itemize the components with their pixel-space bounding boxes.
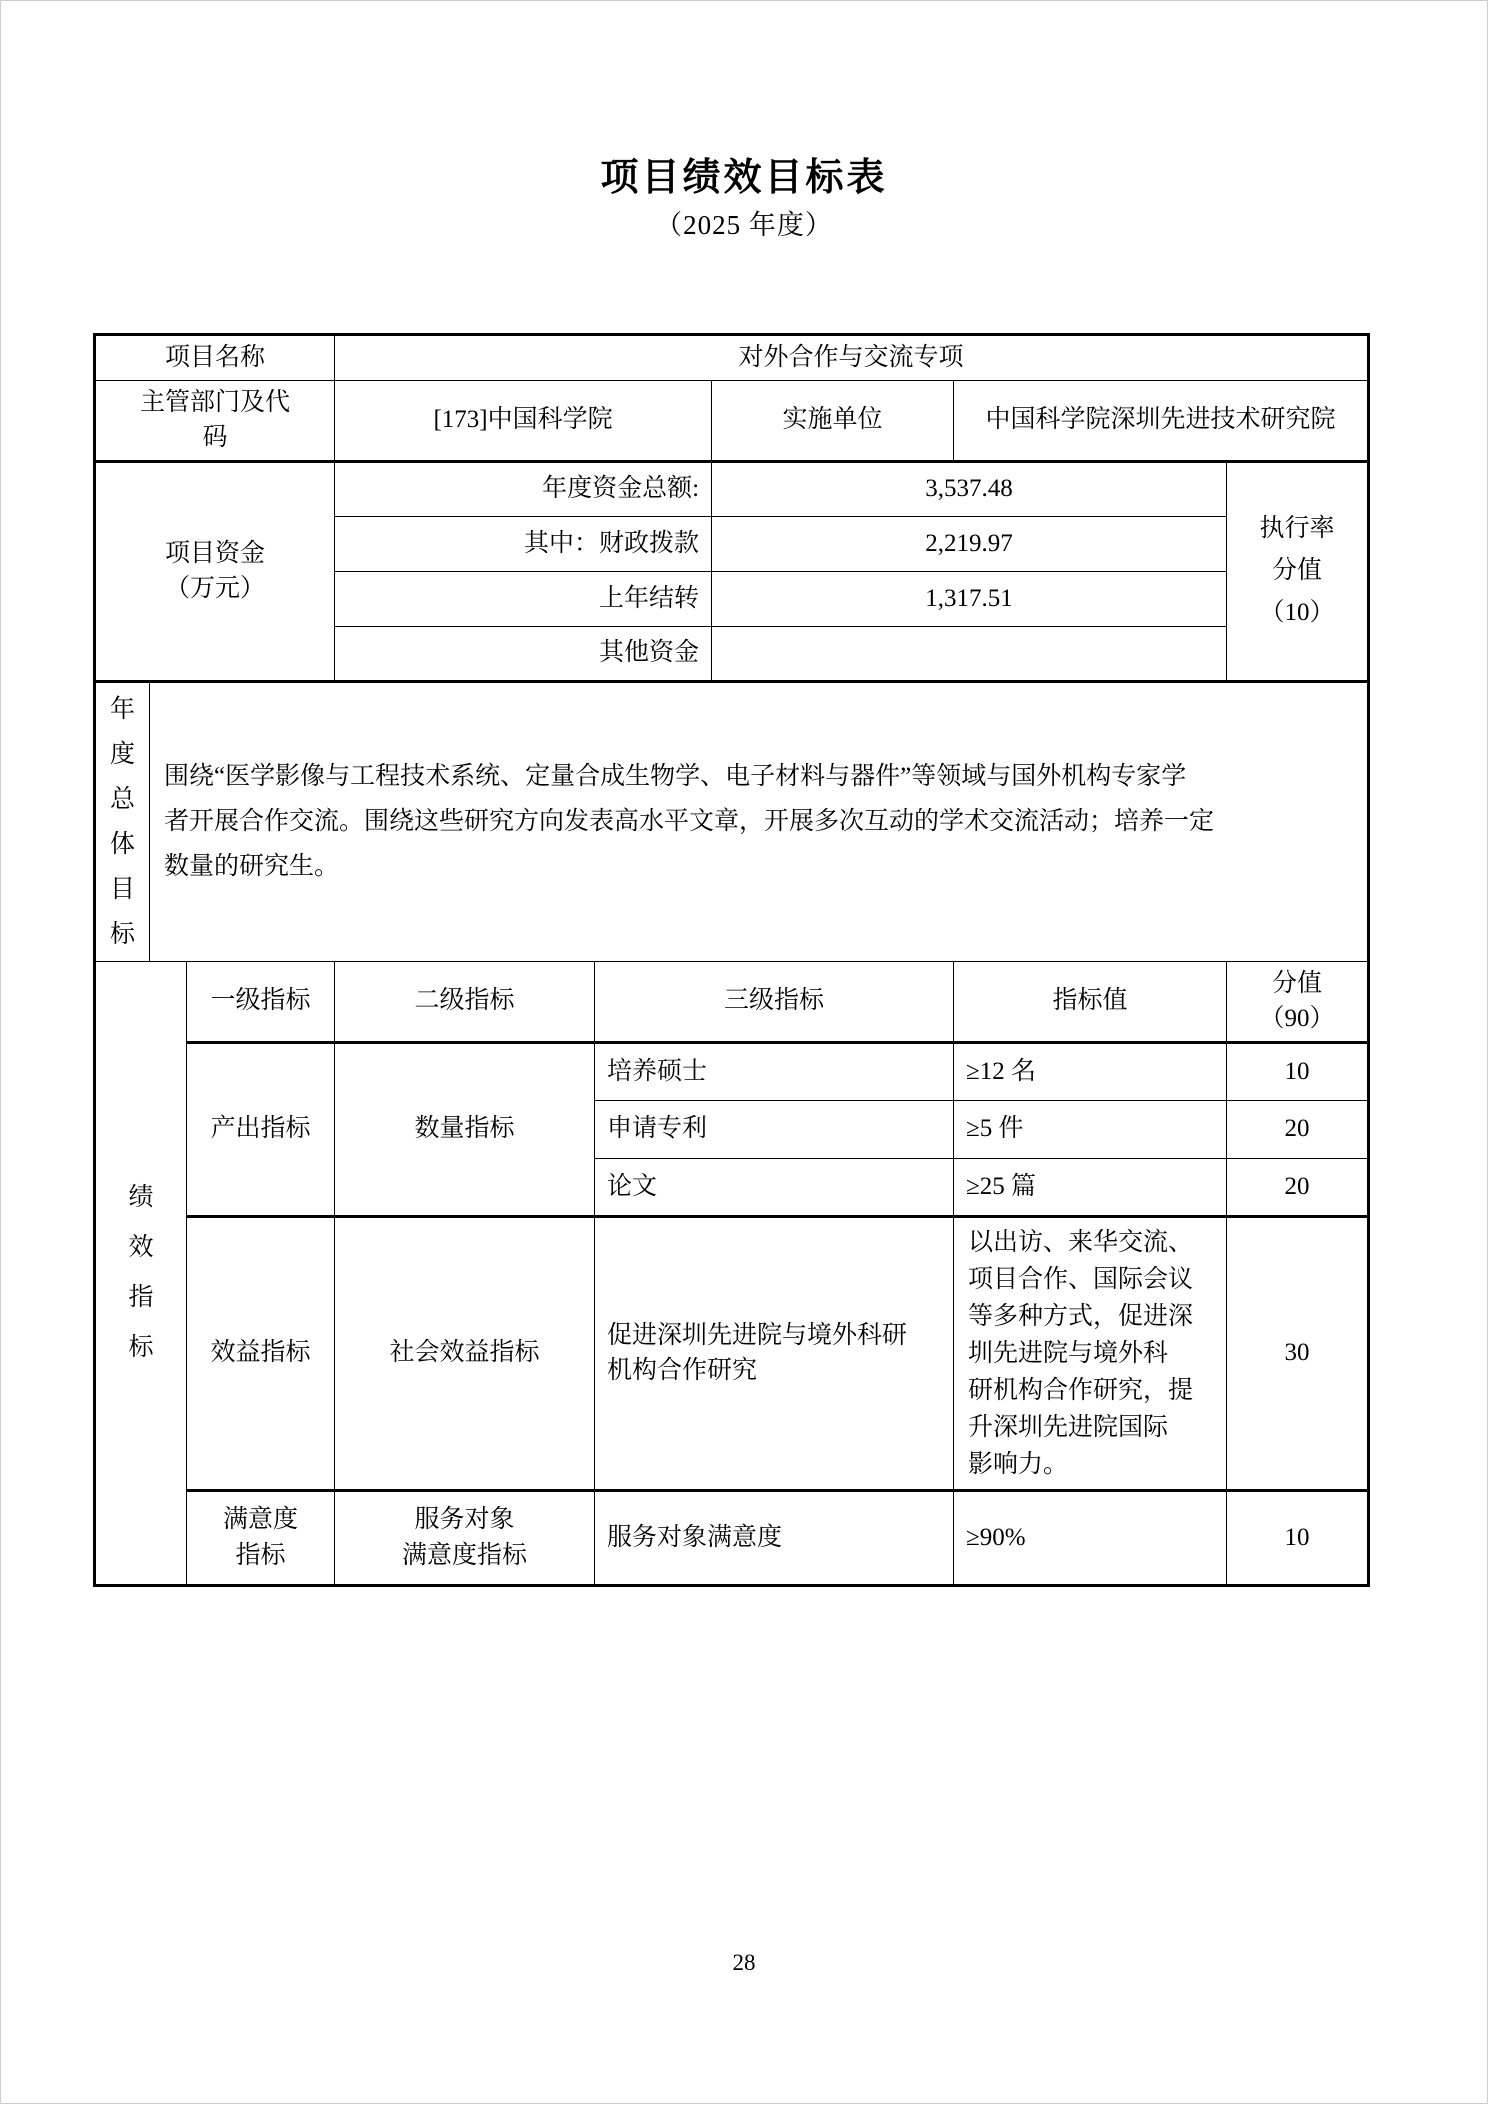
- department-label: 主管部门及代 码: [95, 380, 335, 461]
- indicator-value: ≥25 篇: [954, 1158, 1227, 1216]
- funding-total-value: 3,537.48: [712, 461, 1227, 516]
- impl-unit-label: 实施单位: [712, 380, 954, 461]
- page-number: 28: [0, 1950, 1488, 1976]
- group-satisfaction-label: 满意度 指标: [187, 1490, 335, 1585]
- indicator-name: 论文: [595, 1158, 954, 1216]
- funding-total-label: 年度资金总额:: [335, 461, 712, 516]
- project-name-label: 项目名称: [95, 335, 335, 381]
- group-social-label: 社会效益指标: [335, 1216, 595, 1490]
- group-quantity-label: 数量指标: [335, 1042, 595, 1216]
- funding-label: 项目资金 （万元）: [95, 461, 335, 681]
- document-page: 项目绩效目标表 （2025 年度） 项目名称 对外合作与交流专项 主管部门及代 …: [0, 0, 1488, 2104]
- funding-other-value: [712, 626, 1227, 681]
- department-value: [173]中国科学院: [335, 380, 712, 461]
- funding-other-label: 其他资金: [335, 626, 712, 681]
- funding-fiscal-value: 2,219.97: [712, 516, 1227, 571]
- indicator-value: ≥12 名: [954, 1042, 1227, 1100]
- indicator-name: 服务对象满意度: [595, 1490, 954, 1585]
- impl-unit-value: 中国科学院深圳先进技术研究院: [954, 380, 1369, 461]
- table-row: 产出指标 数量指标 培养硕士 ≥12 名 10: [95, 1042, 1369, 1100]
- indicator-score: 20: [1227, 1158, 1369, 1216]
- header-level2: 二级指标: [335, 961, 595, 1042]
- header-score: 分值 （90）: [1227, 961, 1369, 1042]
- performance-target-table: 项目名称 对外合作与交流专项 主管部门及代 码 [173]中国科学院 实施单位 …: [93, 333, 1370, 1587]
- group-benefit-label: 效益指标: [187, 1216, 335, 1490]
- project-name-value: 对外合作与交流专项: [335, 335, 1369, 381]
- indicator-score: 10: [1227, 1042, 1369, 1100]
- indicator-name: 促进深圳先进院与境外科研 机构合作研究: [595, 1216, 954, 1490]
- indicator-name: 培养硕士: [595, 1042, 954, 1100]
- indicators-label: 绩 效 指 标: [95, 961, 187, 1585]
- indicator-value: ≥90%: [954, 1490, 1227, 1585]
- group-output-label: 产出指标: [187, 1042, 335, 1216]
- table-row: 项目名称 对外合作与交流专项: [95, 335, 1369, 381]
- indicator-score: 30: [1227, 1216, 1369, 1490]
- table-row: 满意度 指标 服务对象 满意度指标 服务对象满意度 ≥90% 10: [95, 1490, 1369, 1585]
- table-row: 年 度 总 体 目 标 围绕“医学影像与工程技术系统、定量合成生物学、电子材料与…: [95, 681, 1369, 961]
- execution-rate-label: 执行率 分值 （10）: [1227, 461, 1369, 681]
- annual-goal-text: 围绕“医学影像与工程技术系统、定量合成生物学、电子材料与器件”等领域与国外机构专…: [150, 681, 1369, 961]
- header-level1: 一级指标: [187, 961, 335, 1042]
- page-subtitle: （2025 年度）: [0, 203, 1488, 242]
- funding-fiscal-label: 其中：财政拨款: [335, 516, 712, 571]
- indicator-name: 申请专利: [595, 1100, 954, 1158]
- indicator-value: 以出访、来华交流、 项目合作、国际会议 等多种方式，促进深 圳先进院与境外科 研…: [954, 1216, 1227, 1490]
- indicator-score: 10: [1227, 1490, 1369, 1585]
- table-row: 效益指标 社会效益指标 促进深圳先进院与境外科研 机构合作研究 以出访、来华交流…: [95, 1216, 1369, 1490]
- annual-goal-label: 年 度 总 体 目 标: [95, 681, 150, 961]
- indicator-value: ≥5 件: [954, 1100, 1227, 1158]
- header-level3: 三级指标: [595, 961, 954, 1042]
- page-title: 项目绩效目标表: [0, 146, 1488, 201]
- group-service-label: 服务对象 满意度指标: [335, 1490, 595, 1585]
- funding-carryover-value: 1,317.51: [712, 571, 1227, 626]
- table-row: 绩 效 指 标 一级指标 二级指标 三级指标 指标值 分值 （90）: [95, 961, 1369, 1042]
- funding-carryover-label: 上年结转: [335, 571, 712, 626]
- table-row: 主管部门及代 码 [173]中国科学院 实施单位 中国科学院深圳先进技术研究院: [95, 380, 1369, 461]
- table-row: 项目资金 （万元） 年度资金总额: 3,537.48 执行率 分值 （10）: [95, 461, 1369, 516]
- header-value: 指标值: [954, 961, 1227, 1042]
- indicator-score: 20: [1227, 1100, 1369, 1158]
